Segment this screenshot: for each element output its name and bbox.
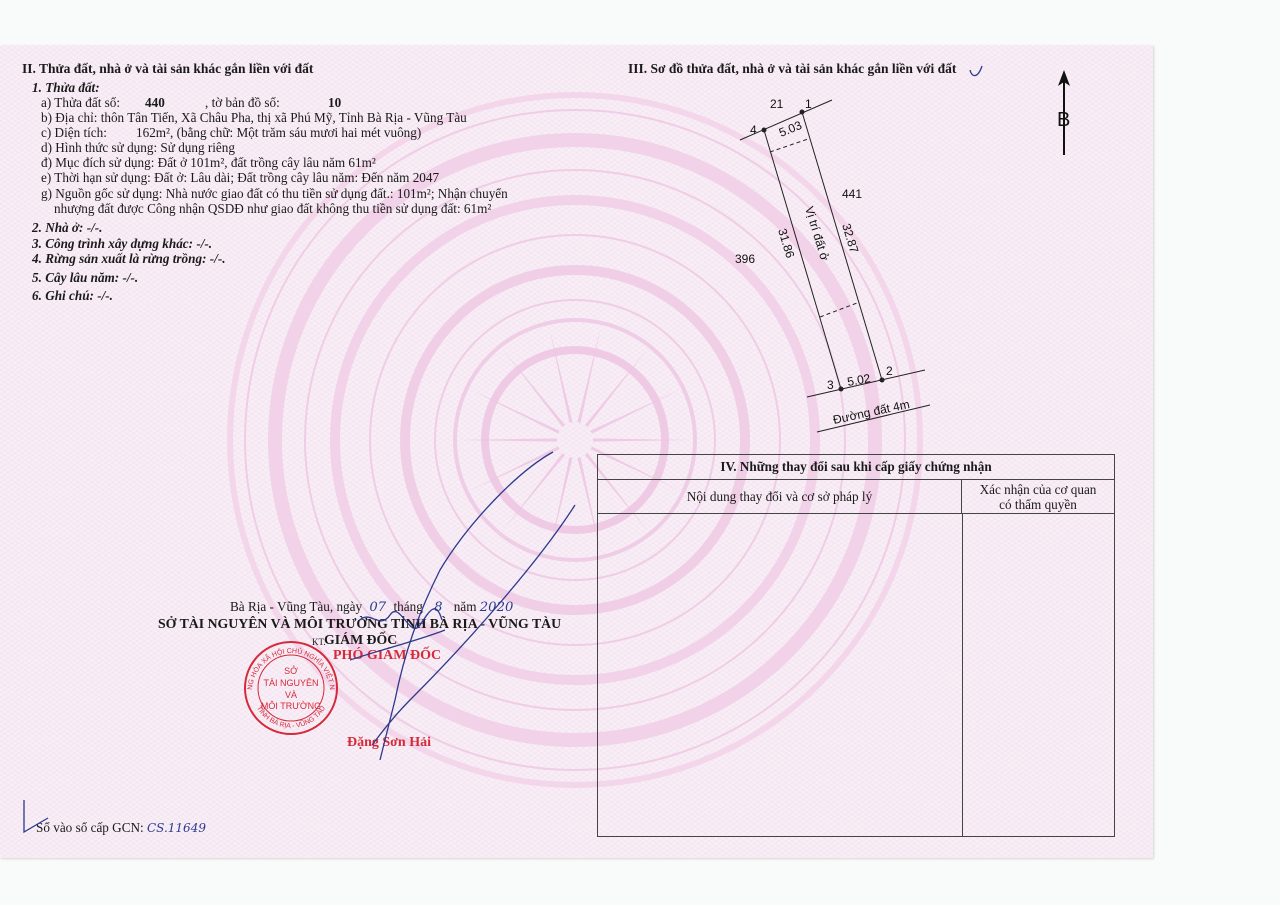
perennial-trees: 5. Cây lâu năm: -/-. bbox=[32, 270, 138, 286]
place-date: Bà Rịa - Vũng Tàu, ngày 07 tháng 8 năm 2… bbox=[230, 599, 513, 616]
usage-term: e) Thời hạn sử dụng: Đất ở: Lâu dài; Đất… bbox=[41, 170, 439, 186]
issuing-agency: SỞ TÀI NGUYÊN VÀ MÔI TRƯỜNG TỈNH BÀ RỊA … bbox=[158, 616, 561, 632]
col2-line2: có thẩm quyền bbox=[962, 497, 1114, 512]
year-value: 2020 bbox=[480, 600, 514, 615]
registry-value: CS.11649 bbox=[147, 821, 206, 835]
land-heading: 1. Thửa đất: bbox=[32, 80, 100, 96]
director-title: GIÁM ĐỐC bbox=[324, 632, 397, 648]
address: b) Địa chỉ: thôn Tân Tiến, Xã Châu Pha, … bbox=[41, 110, 467, 126]
signer-name: Đặng Sơn Hải bbox=[347, 735, 431, 751]
usage-origin-1: g) Nguồn gốc sử dụng: Nhà nước giao đất … bbox=[41, 186, 508, 202]
day-value: 07 bbox=[369, 600, 386, 615]
registry-label: Số vào sổ cấp GCN: bbox=[36, 820, 144, 835]
month-label: tháng bbox=[393, 599, 422, 614]
map-sheet-number: 10 bbox=[328, 95, 341, 111]
col2-line1: Xác nhận của cơ quan bbox=[962, 482, 1114, 497]
parcel-number-label: a) Thửa đất số: bbox=[41, 95, 120, 111]
certificate-page: II. Thửa đất, nhà ở và tài sản khác gắn … bbox=[0, 45, 1153, 858]
house: 2. Nhà ở: -/-. bbox=[32, 220, 102, 236]
section-2-title: II. Thửa đất, nhà ở và tài sản khác gắn … bbox=[22, 61, 313, 77]
year-label: năm bbox=[454, 599, 477, 614]
usage-form: d) Hình thức sử dụng: Sử dụng riêng bbox=[41, 140, 235, 156]
column-header-content: Nội dung thay đổi và cơ sở pháp lý bbox=[598, 479, 962, 514]
map-sheet-label: , tờ bản đồ số: bbox=[205, 95, 280, 111]
place-date-prefix: Bà Rịa - Vũng Tàu, ngày bbox=[230, 599, 362, 614]
deputy-director-title: PHÓ GIÁM ĐỐC bbox=[333, 648, 441, 664]
area-label: c) Diện tích: bbox=[41, 125, 107, 141]
changes-table: IV. Những thay đổi sau khi cấp giấy chứn… bbox=[597, 454, 1115, 837]
usage-purpose: đ) Mục đích sử dụng: Đất ở 101m², đất tr… bbox=[41, 155, 376, 171]
registry-number: Số vào sổ cấp GCN: CS.11649 bbox=[36, 820, 206, 836]
usage-origin-2: nhượng đất được Công nhận QSDĐ như giao … bbox=[54, 201, 491, 217]
column-divider bbox=[962, 514, 963, 836]
parcel-number: 440 bbox=[145, 95, 165, 111]
section-4-title: IV. Những thay đổi sau khi cấp giấy chứn… bbox=[598, 455, 1114, 480]
other-construction: 3. Công trình xây dựng khác: -/-. bbox=[32, 236, 212, 252]
area-value: 162m², (bằng chữ: Một trăm sáu mươi hai … bbox=[136, 125, 421, 141]
note: 6. Ghi chú: -/-. bbox=[32, 288, 113, 304]
section-3-title: III. Sơ đồ thửa đất, nhà ở và tài sản kh… bbox=[628, 61, 956, 77]
column-header-confirmation: Xác nhận của cơ quan có thẩm quyền bbox=[962, 479, 1114, 514]
month-value: 8 bbox=[434, 600, 442, 615]
planted-forest: 4. Rừng sản xuất là rừng trồng: -/-. bbox=[32, 251, 226, 267]
